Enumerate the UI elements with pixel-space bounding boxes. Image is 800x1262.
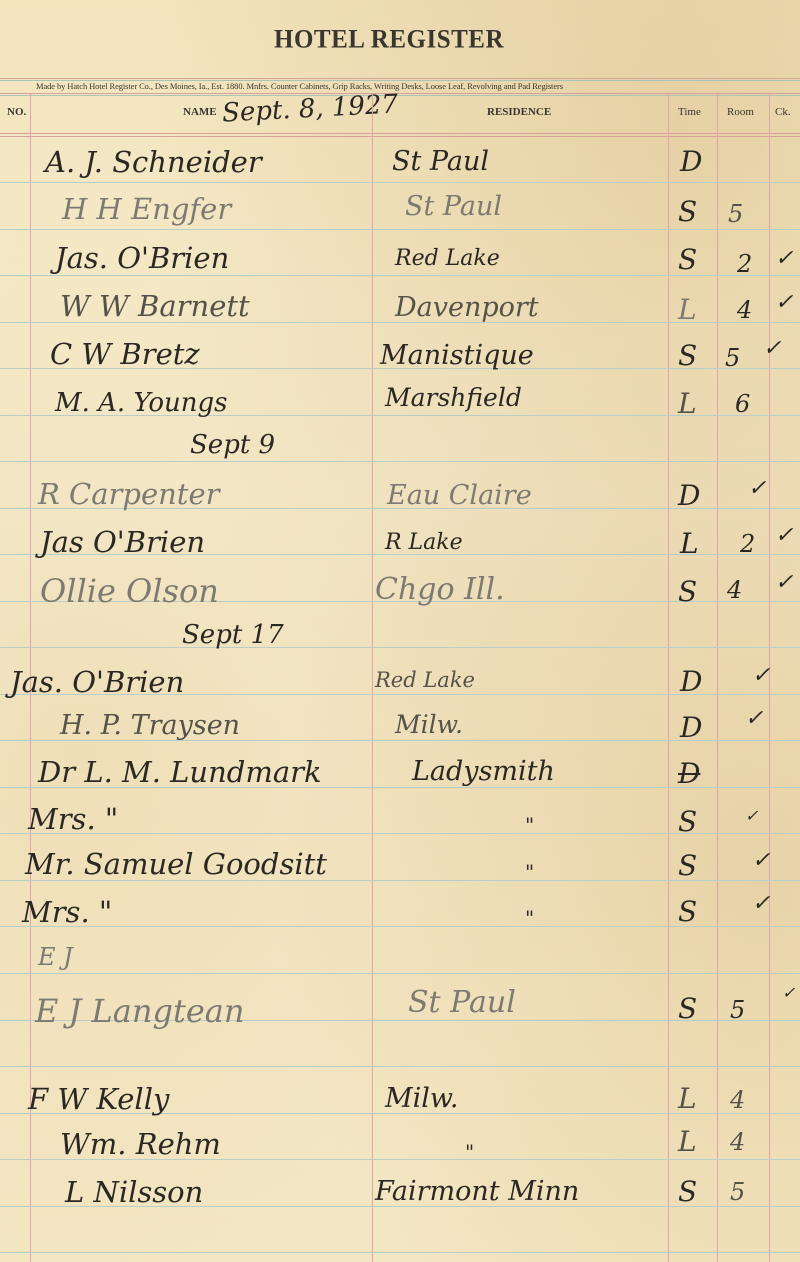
checkout-mark: ✓ xyxy=(775,248,793,270)
checkout-mark: ✓ xyxy=(775,525,793,547)
guest-name: L Nilsson xyxy=(65,1178,203,1207)
checkout-mark: ✓ xyxy=(745,808,758,824)
guest-name: M. A. Youngs xyxy=(55,390,228,416)
guest-name: W W Barnett xyxy=(60,292,250,321)
top-rule xyxy=(0,78,800,79)
room-number: 5 xyxy=(730,1180,745,1204)
column-header-no: NO. xyxy=(7,106,26,118)
guest-name: C W Bretz xyxy=(50,340,200,369)
time-code: L xyxy=(678,1085,697,1113)
header-rule xyxy=(0,93,800,94)
guest-name: Mrs. " xyxy=(28,805,118,834)
checkout-mark: ✓ xyxy=(748,478,766,500)
guest-residence: Davenport xyxy=(395,294,539,321)
checkout-mark: ✓ xyxy=(752,893,770,915)
time-code: S xyxy=(678,852,697,880)
guest-name: A. J. Schneider xyxy=(45,148,262,177)
guest-name: Mr. Samuel Goodsitt xyxy=(25,850,327,879)
time-code: S xyxy=(678,578,697,606)
room-number: 4 xyxy=(730,1130,745,1154)
guest-residence: Eau Claire xyxy=(387,482,532,509)
header-bottom-rule xyxy=(0,136,800,137)
guest-residence: Red Lake xyxy=(375,670,475,691)
time-code: S xyxy=(678,342,697,370)
checkout-mark: ✓ xyxy=(775,572,793,594)
column-divider xyxy=(668,94,669,1262)
time-code: S xyxy=(678,246,697,274)
guest-name: R Carpenter xyxy=(38,480,219,509)
column-divider xyxy=(717,94,718,1262)
guest-residence: " xyxy=(465,1142,474,1162)
checkout-mark: ✓ xyxy=(752,850,770,872)
guest-residence: Marshfield xyxy=(385,385,522,410)
guest-residence: Chgo Ill. xyxy=(375,575,505,605)
guest-name: Wm. Rehm xyxy=(60,1130,221,1159)
guest-residence: Ladysmith xyxy=(412,758,555,785)
time-code: D xyxy=(680,668,702,696)
guest-residence: Fairmont Minn xyxy=(375,1178,579,1205)
room-number: 6 xyxy=(735,392,750,416)
guest-residence: St Paul xyxy=(405,193,502,220)
room-number: 4 xyxy=(730,1088,745,1112)
time-code: S xyxy=(678,995,697,1023)
guest-name: Ollie Olson xyxy=(40,575,219,607)
manufacturer-line: Made by Hatch Hotel Register Co., Des Mo… xyxy=(36,81,563,91)
column-header-name: NAME xyxy=(183,106,217,118)
time-code: S xyxy=(678,808,697,836)
time-code: L xyxy=(680,530,699,558)
checkout-mark: ✓ xyxy=(763,338,781,360)
guest-residence: Milw. xyxy=(395,712,463,737)
guest-residence: Milw. xyxy=(385,1085,458,1112)
guest-name: F W Kelly xyxy=(28,1085,169,1114)
guest-residence: " xyxy=(525,862,534,882)
room-number: 4 xyxy=(727,578,742,602)
register-title: HOTEL REGISTER xyxy=(0,25,778,54)
header-bottom-rule xyxy=(0,133,800,134)
room-number: 4 xyxy=(737,298,752,322)
column-header-residence: RESIDENCE xyxy=(487,106,551,118)
guest-name: H H Engfer xyxy=(62,195,231,224)
time-code: D xyxy=(678,760,700,788)
column-divider xyxy=(372,94,373,1262)
guest-name: Jas. O'Brien xyxy=(55,244,229,273)
date-divider: Sept 17 xyxy=(182,622,284,648)
time-code: L xyxy=(678,1128,697,1156)
room-number: 5 xyxy=(728,202,743,226)
date-divider: Sept 9 xyxy=(190,432,275,458)
column-header-ck: Ck. xyxy=(775,106,791,118)
column-header-room: Room xyxy=(727,106,754,118)
guest-name: Mrs. " xyxy=(22,898,112,927)
room-number: 5 xyxy=(730,998,745,1022)
checkout-mark: ✓ xyxy=(752,665,770,687)
guest-residence: R Lake xyxy=(385,532,463,554)
guest-name-initials: E J xyxy=(38,945,73,969)
time-code: S xyxy=(678,898,697,926)
guest-residence: Red Lake xyxy=(395,248,500,270)
checkout-mark: ✓ xyxy=(775,292,793,314)
time-code: L xyxy=(678,296,697,324)
guest-name: Dr L. M. Lundmark xyxy=(38,758,322,787)
time-code: L xyxy=(678,390,697,418)
guest-residence: St Paul xyxy=(392,148,489,175)
time-code: D xyxy=(680,148,702,176)
guest-residence: " xyxy=(525,908,534,928)
time-code: S xyxy=(678,198,697,226)
checkout-mark: ✓ xyxy=(745,708,763,730)
guest-name: H. P. Traysen xyxy=(60,712,240,739)
time-code: D xyxy=(678,482,700,510)
column-header-time: Time xyxy=(678,106,701,118)
room-number: 2 xyxy=(737,252,752,276)
time-code: D xyxy=(680,714,702,742)
guest-residence: St Paul xyxy=(408,988,516,1018)
time-code: S xyxy=(678,1178,697,1206)
guest-name: Jas O'Brien xyxy=(40,528,205,557)
guest-name: Jas. O'Brien xyxy=(10,668,184,697)
room-number: 2 xyxy=(740,532,755,556)
guest-residence: " xyxy=(525,815,534,835)
room-number: 5 xyxy=(725,346,740,370)
guest-residence: Manistique xyxy=(380,342,534,369)
checkout-mark: ✓ xyxy=(782,985,795,1001)
guest-name: E J Langtean xyxy=(35,995,244,1027)
header-rule xyxy=(0,95,800,96)
